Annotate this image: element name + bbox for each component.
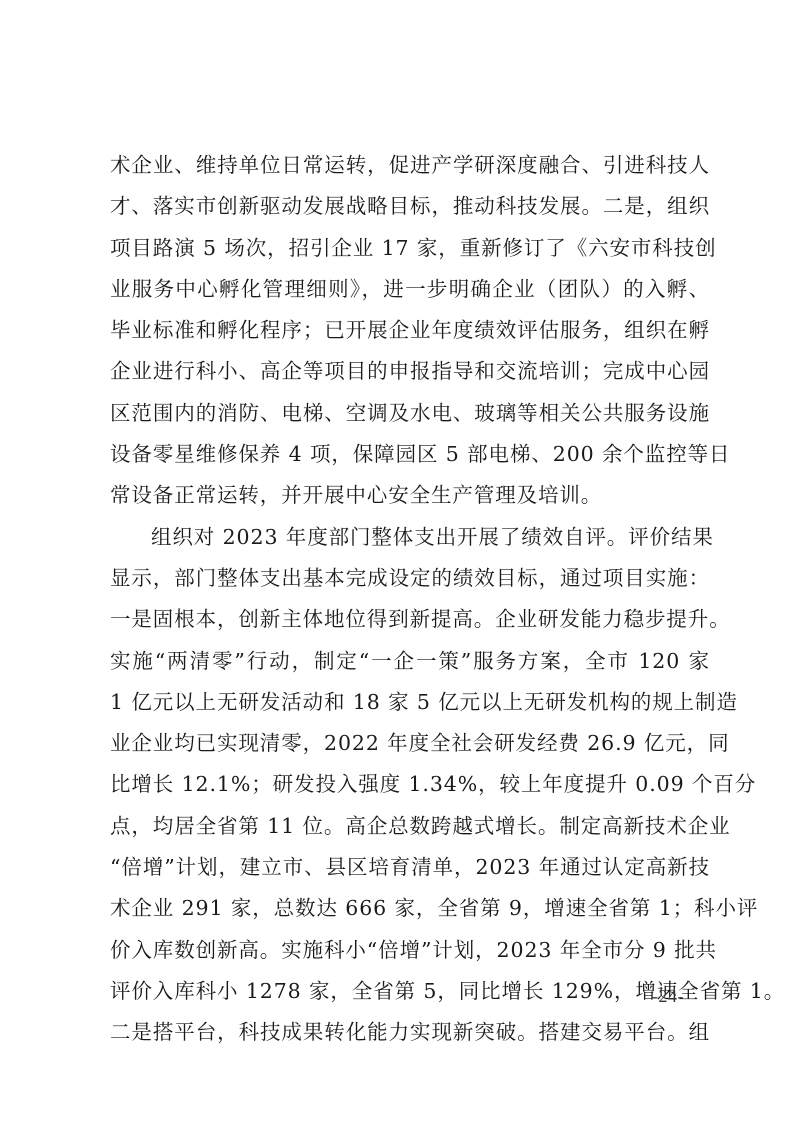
text-line: 点，均居全省第 11 位。高企总数跨越式增长。制定高新技术企业	[110, 806, 710, 847]
text-line: 二是搭平台，科技成果转化能力实现新突破。搭建交易平台。组	[110, 1012, 710, 1053]
text-line: 1 亿元以上无研发活动和 18 家 5 亿元以上无研发机构的规上制造	[110, 682, 710, 723]
text-line: 毕业标准和孵化程序；已开展企业年度绩效评估服务，组织在孵	[110, 310, 710, 351]
text-line: “倍增”计划，建立市、县区培育清单，2023 年通过认定高新技	[110, 847, 710, 888]
paragraph-first-line: 组织对 2023 年度部门整体支出开展了绩效自评。评价结果	[110, 517, 710, 558]
text-line: 实施“两清零”行动，制定“一企一策”服务方案，全市 120 家	[110, 641, 710, 682]
text-line: 价入库数创新高。实施科小“倍增”计划，2023 年全市分 9 批共	[110, 930, 710, 971]
text-line: 术企业、维持单位日常运转，促进产学研深度融合、引进科技人	[110, 145, 710, 186]
text-line: 业服务中心孵化管理细则》，进一步明确企业（团队）的入孵、	[110, 269, 710, 310]
text-line: 设备零星维修保养 4 项，保障园区 5 部电梯、200 余个监控等日	[110, 434, 710, 475]
document-page: 术企业、维持单位日常运转，促进产学研深度融合、引进科技人 才、落实市创新驱动发展…	[0, 0, 793, 1122]
text-line: 一是固根本，创新主体地位得到新提高。企业研发能力稳步提升。	[110, 599, 710, 640]
text-line: 项目路演 5 场次，招引企业 17 家，重新修订了《六安市科技创	[110, 228, 710, 269]
text-line: 评价入库科小 1278 家，全省第 5，同比增长 129%，增速全省第 1。	[110, 971, 710, 1012]
text-line: 术企业 291 家，总数达 666 家，全省第 9，增速全省第 1；科小评	[110, 888, 710, 929]
text-line: 企业进行科小、高企等项目的申报指导和交流培训；完成中心园	[110, 351, 710, 392]
body-text: 术企业、维持单位日常运转，促进产学研深度融合、引进科技人 才、落实市创新驱动发展…	[110, 145, 710, 1054]
text-line: 比增长 12.1%；研发投入强度 1.34%，较上年度提升 0.09 个百分	[110, 764, 710, 805]
text-line: 才、落实市创新驱动发展战略目标，推动科技发展。二是，组织	[110, 186, 710, 227]
text-line: 业企业均已实现清零，2022 年度全社会研发经费 26.9 亿元，同	[110, 723, 710, 764]
text-line: 显示，部门整体支出基本完成设定的绩效目标，通过项目实施：	[110, 558, 710, 599]
text-line: 区范围内的消防、电梯、空调及水电、玻璃等相关公共服务设施	[110, 393, 710, 434]
page-number: -24-	[652, 986, 684, 1007]
text-line: 常设备正常运转，并开展中心安全生产管理及培训。	[110, 475, 710, 516]
